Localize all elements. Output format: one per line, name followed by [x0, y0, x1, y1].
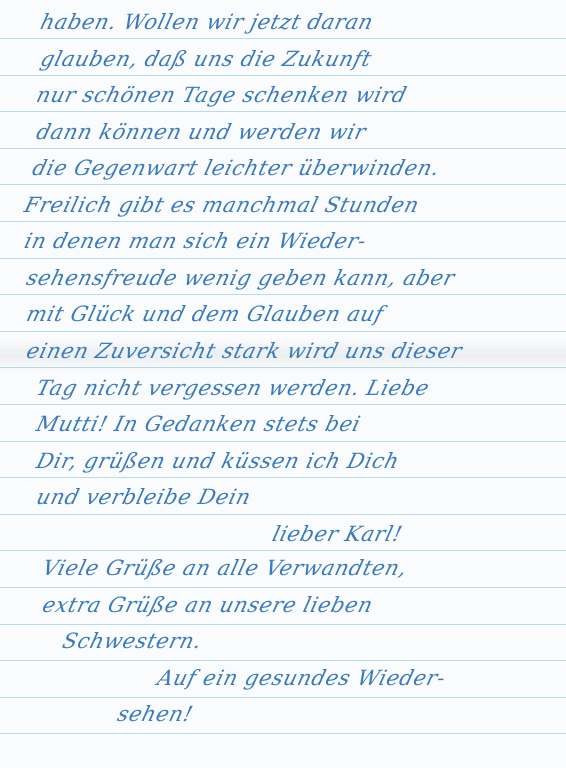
ruled-line [0, 733, 566, 734]
ruled-line [0, 624, 566, 625]
letter-line: die Gegenwart leichter überwinden. [30, 156, 442, 180]
ruled-line [0, 331, 566, 332]
ruled-line [0, 258, 566, 259]
ruled-line [0, 697, 566, 698]
ruled-line [0, 477, 566, 478]
ruled-line [0, 294, 566, 295]
ruled-line [0, 221, 566, 222]
ruled-line [0, 587, 566, 588]
ruled-line [0, 550, 566, 551]
letter-line: in denen man sich ein Wieder- [22, 229, 369, 253]
ruled-line [0, 75, 566, 76]
ruled-line [0, 367, 566, 368]
letter-line: sehensfreude wenig geben kann, aber [24, 266, 458, 290]
letter-line: extra Grüße an unsere lieben [40, 593, 376, 617]
letter-line: Viele Grüße an alle Verwandten, [40, 556, 410, 580]
letter-line: sehen! [115, 702, 196, 726]
ruled-line [0, 514, 566, 515]
letter-line: Freilich gibt es manchmal Stunden [22, 193, 422, 217]
letter-line: Auf ein gesundes Wieder- [155, 666, 448, 690]
letter-line: und verbleibe Dein [34, 485, 254, 509]
letter-signature: lieber Karl! [270, 522, 405, 546]
letter-page: haben. Wollen wir jetzt daran glauben, d… [0, 0, 566, 768]
ruled-line [0, 148, 566, 149]
ruled-line [0, 184, 566, 185]
ruled-line [0, 441, 566, 442]
ruled-line [0, 660, 566, 661]
letter-line: glauben, daß uns die Zukunft [38, 47, 374, 71]
letter-line: Mutti! In Gedanken stets bei [34, 412, 363, 436]
ruled-line [0, 38, 566, 39]
letter-line: haben. Wollen wir jetzt daran [38, 10, 376, 34]
letter-line: dann können und werden wir [34, 120, 369, 144]
letter-line: einen Zuversicht stark wird uns dieser [24, 339, 465, 363]
letter-line: Tag nicht vergessen werden. Liebe [34, 376, 432, 400]
letter-line: Schwestern. [60, 629, 205, 653]
letter-line: Dir, grüßen und küssen ich Dich [34, 449, 402, 473]
ruled-line [0, 111, 566, 112]
letter-line: nur schönen Tage schenken wird [34, 83, 410, 107]
ruled-line [0, 404, 566, 405]
letter-line: mit Glück und dem Glauben auf [24, 302, 386, 326]
